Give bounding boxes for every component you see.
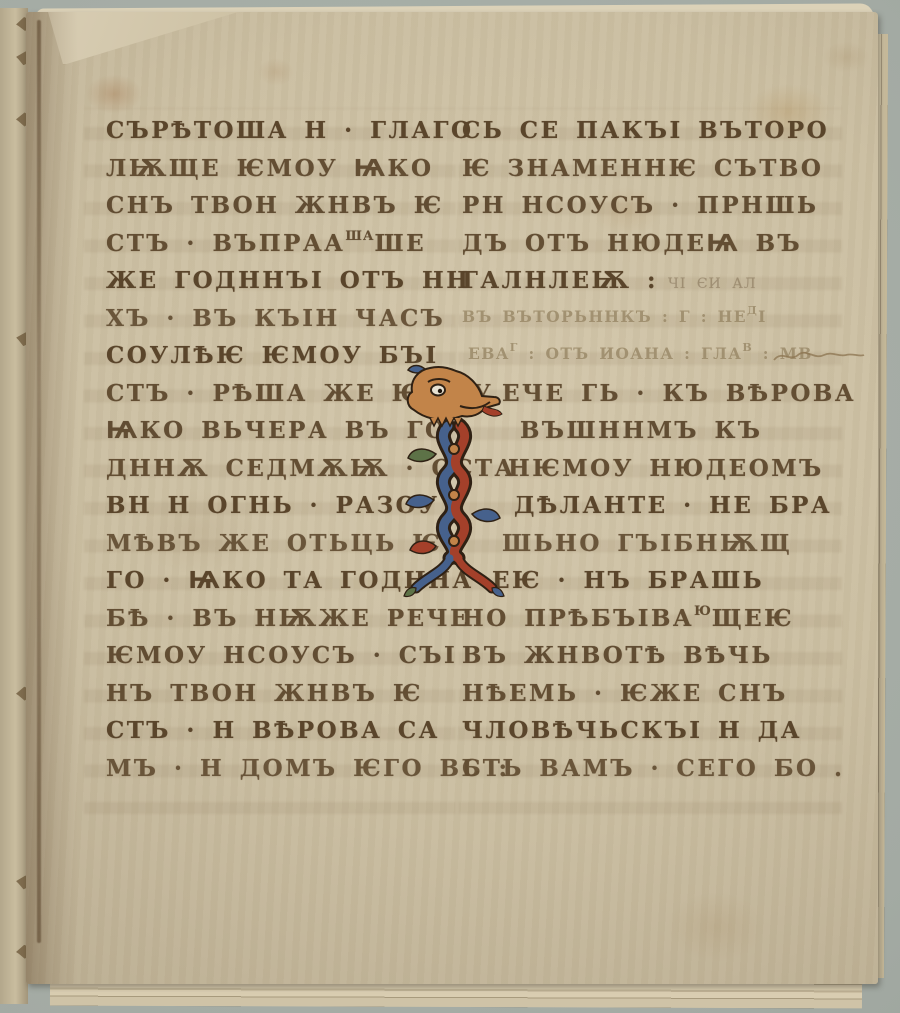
rubric-superscript: Д: [747, 304, 758, 317]
line-text: НО ПРѢБЪІВА: [462, 605, 694, 632]
beast-tongue: [482, 406, 502, 416]
tail-leaf: [404, 587, 416, 596]
text-line: ДѢЛАНТЕ · НЕ БРА: [462, 487, 842, 525]
text-line-with-superscript: НО ПРѢБЪІВАЮЩЕѤ: [462, 600, 842, 638]
leaf-ornament: [406, 495, 434, 507]
text-line: СЪРѢТОША Н · ГЛАГО: [106, 112, 458, 150]
rubric-text: І: [758, 307, 767, 326]
text-line: РН НСОУСЪ · ПРНШЬ: [462, 187, 842, 225]
rubric-text: ВЪ ВЪТОРЬННКЪ : Г : НЕ: [462, 307, 747, 326]
text-line: НѤМОУ НЮДЕОМЪ: [462, 450, 842, 488]
interlace-knot: [449, 444, 459, 454]
interlace-knot: [449, 490, 459, 500]
superscript-sha: ША: [345, 229, 374, 244]
line-text: ЩЕѤ: [712, 605, 794, 632]
text-line: СТЬ ВАМЪ · СЕГО БО .: [462, 750, 842, 788]
text-line: ЖЕ ГОДННЪІ ОТЪ НН: [106, 262, 458, 300]
leaf-ornament: [472, 509, 500, 521]
text-line: ЕЧЕ ГЬ · КЪ ВѢРОВА: [462, 375, 842, 413]
previous-folio-edge: [0, 8, 28, 1004]
rubric-superscript: В: [742, 341, 753, 354]
manuscript-photo: СЪРѢТОША Н · ГЛАГО ЛѬЩЕ ѤМОУ ѨКО СНЪ ТВО…: [0, 0, 900, 1013]
faded-marginal-text: ЧІ ЄИ АЛ: [668, 276, 756, 292]
text-line: МЪ · Н ДОМЪ ѤГО ВЬ :: [106, 750, 458, 788]
leaf-ornament: [408, 449, 436, 461]
line-text: ГАЛНЛЕѬ :: [462, 267, 658, 294]
rubric-text: ЕВА: [468, 344, 510, 363]
text-line: ВЪШННМЪ КЪ: [462, 412, 842, 450]
text-line: ВЪ ЖНВОТѢ ВѢЧЬ: [462, 637, 842, 675]
text-line: СЬ СЕ ПАКЪІ ВЪТОРО: [462, 112, 842, 150]
rubric-flourish: [772, 346, 866, 368]
text-line: ѤМОУ НСОУСЪ · СЪІ: [106, 637, 458, 675]
text-line: НЪ ТВОН ЖНВЪ Ѥ: [106, 675, 458, 713]
text-column-right: СЬ СЕ ПАКЪІ ВЪТОРО Ѥ ЗНАМЕННѤ СЪТВО РН Н…: [462, 112, 842, 787]
line-text: СТЪ · ВЪПРАА: [106, 230, 345, 257]
text-line: ЧЛОВѢЧЬСКЪІ Н ДА: [462, 712, 842, 750]
rubric-text: : ОТЪ ИОАНА : ГЛА: [519, 344, 743, 363]
text-line: ЛѬЩЕ ѤМОУ ѨКО: [106, 150, 458, 188]
text-line: БѢ · ВЪ НѬЖЕ РЕЧЕ: [106, 600, 458, 638]
text-line: СТЪ · Н ВѢРОВА СА: [106, 712, 458, 750]
text-line: Ѥ ЗНАМЕННѤ СЪТВО: [462, 150, 842, 188]
manuscript-page: СЪРѢТОША Н · ГЛАГО ЛѬЩЕ ѤМОУ ѨКО СНЪ ТВО…: [26, 12, 878, 984]
binding-gutter: [26, 12, 78, 984]
beast-pupil: [438, 389, 442, 393]
text-line: НѢЕМЬ · ѤЖЕ СНЪ: [462, 675, 842, 713]
superscript-yu: Ю: [694, 604, 712, 619]
beast-eye: [431, 385, 445, 396]
rubric-weekday: ВЪ ВЪТОРЬННКЪ : Г : НЕДІ: [462, 300, 842, 338]
tail-leaf: [492, 587, 504, 596]
text-line-with-marginal: ГАЛНЛЕѬ :ЧІ ЄИ АЛ: [462, 262, 842, 300]
gutter-crease: [37, 20, 41, 943]
text-line: СНЪ ТВОН ЖНВЪ Ѥ: [106, 187, 458, 225]
text-line: ШЬНО ГЪІБНѬЩ: [462, 525, 842, 563]
text-line-with-superscript: СТЪ · ВЪПРААШАШЕ: [106, 225, 458, 263]
interlace-knot: [449, 536, 459, 546]
leaf-ornament: [410, 541, 436, 553]
rubric-superscript: Г: [510, 341, 519, 354]
text-line: ДЪ ОТЪ НЮДЕѨ ВЪ: [462, 225, 842, 263]
text-line: ЕѤ · НЪ БРАШЬ: [462, 562, 842, 600]
text-line: ХЪ · ВЪ КЪІН ЧАСЪ: [106, 300, 458, 338]
illuminated-initial-dragon: [402, 362, 506, 602]
line-text: ШЕ: [374, 230, 426, 257]
